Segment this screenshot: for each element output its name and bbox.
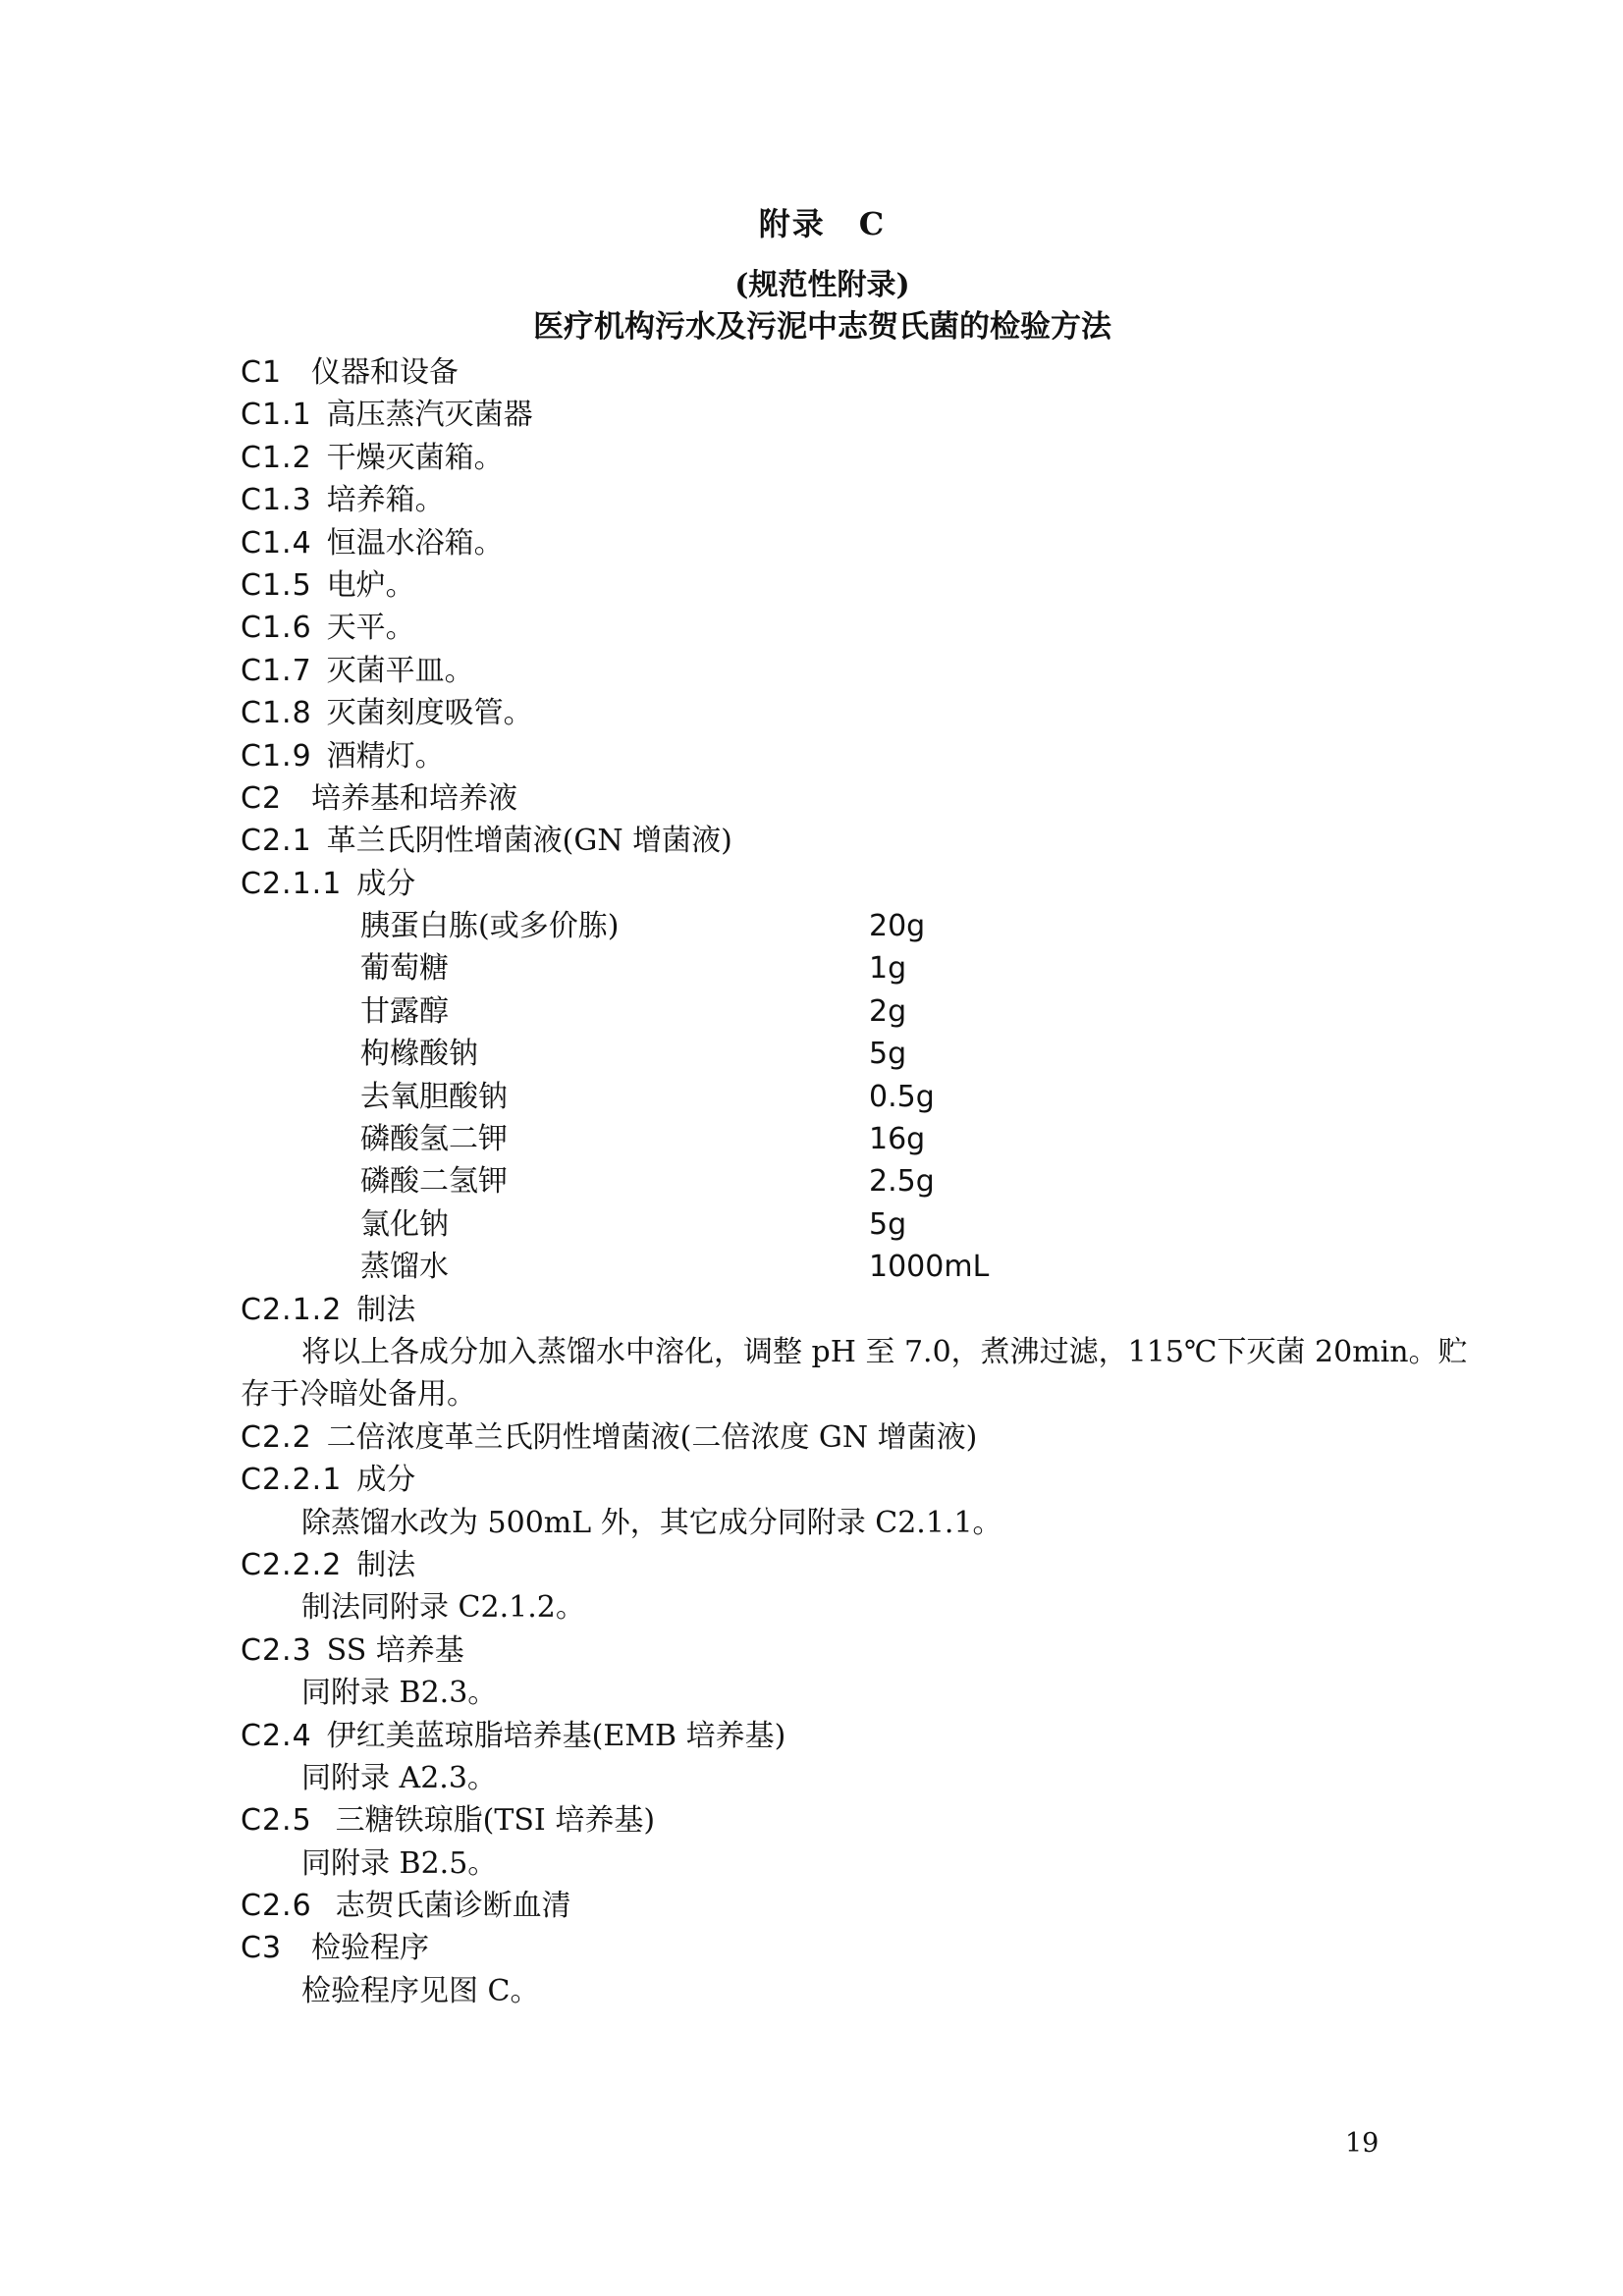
doc-line: C1.3培养箱。 <box>241 479 1404 521</box>
section-text: 灭菌刻度吸管。 <box>327 696 533 730</box>
section-text: 干燥灭菌箱。 <box>327 441 504 475</box>
title-block: 附录 C (规范性附录) 医疗机构污水及污泥中志贺氏菌的检验方法 <box>241 203 1404 351</box>
ingredient-row: 葡萄糖1g <box>241 947 1404 989</box>
ingredient-row: 蒸馏水1000mL <box>241 1246 1404 1288</box>
paragraph-text: 除蒸馏水改为 500mL 外，其它成分同附录 C2.1.1。 <box>301 1506 1002 1540</box>
section-text: 电炉。 <box>327 568 415 603</box>
section-label: C2.6 <box>241 1889 312 1923</box>
section-text: 恒温水浴箱。 <box>327 526 504 561</box>
document-page: 附录 C (规范性附录) 医疗机构污水及污泥中志贺氏菌的检验方法 C1仪器和设备… <box>0 0 1623 2296</box>
doc-line: 同附录 B2.5。 <box>241 1842 1404 1885</box>
section-text: 天平。 <box>327 611 415 645</box>
section-label: C1.8 <box>241 696 312 730</box>
doc-line: C3检验程序 <box>241 1927 1404 1969</box>
section-text: SS 培养基 <box>327 1633 464 1668</box>
ingredient-row: 甘露醇2g <box>241 990 1404 1033</box>
ingredient-name: 磷酸二氢钾 <box>360 1164 508 1199</box>
ingredient-amount: 2g <box>869 990 906 1033</box>
ingredient-amount: 0.5g <box>869 1076 935 1118</box>
section-label: C3 <box>241 1931 282 1965</box>
doc-line: C1.8灭菌刻度吸管。 <box>241 692 1404 734</box>
section-label: C2.3 <box>241 1633 312 1668</box>
doc-line: C2.3SS 培养基 <box>241 1629 1404 1672</box>
ingredient-name: 氯化钠 <box>360 1207 449 1242</box>
doc-line: C1仪器和设备 <box>241 351 1404 394</box>
doc-line: 同附录 B2.3。 <box>241 1672 1404 1714</box>
paragraph-text: 同附录 B2.5。 <box>301 1846 497 1881</box>
appendix-heading: 医疗机构污水及污泥中志贺氏菌的检验方法 <box>241 303 1404 351</box>
section-text: 二倍浓度革兰氏阴性增菌液(二倍浓度 GN 增菌液) <box>327 1420 978 1455</box>
section-text: 革兰氏阴性增菌液(GN 增菌液) <box>327 824 732 858</box>
section-label: C1.6 <box>241 611 312 645</box>
appendix-title: 附录 C <box>241 203 1404 245</box>
ingredient-amount: 2.5g <box>869 1160 935 1202</box>
ingredient-amount: 5g <box>869 1203 906 1246</box>
paragraph-text: 存于冷暗处备用。 <box>241 1377 476 1412</box>
section-text: 伊红美蓝琼脂培养基(EMB 培养基) <box>327 1719 786 1753</box>
paragraph-text: 检验程序见图 C。 <box>301 1974 540 2008</box>
ingredient-row: 氯化钠5g <box>241 1203 1404 1246</box>
ingredient-name: 蒸馏水 <box>360 1250 449 1284</box>
section-text: 培养基和培养液 <box>311 781 517 816</box>
section-label: C2 <box>241 781 282 816</box>
ingredient-row: 磷酸二氢钾2.5g <box>241 1160 1404 1202</box>
section-label: C2.1.2 <box>241 1293 342 1327</box>
paragraph-text: 将以上各成分加入蒸馏水中溶化，调整 pH 至 7.0，煮沸过滤，115℃下灭菌 … <box>301 1335 1468 1369</box>
doc-line: C1.6天平。 <box>241 607 1404 649</box>
paragraph-text: 同附录 B2.3。 <box>301 1676 497 1710</box>
section-text: 仪器和设备 <box>311 355 459 390</box>
doc-line: C1.7灭菌平皿。 <box>241 650 1404 692</box>
doc-line: C2.2二倍浓度革兰氏阴性增菌液(二倍浓度 GN 增菌液) <box>241 1416 1404 1459</box>
section-label: C1.9 <box>241 739 312 774</box>
section-label: C2.4 <box>241 1719 312 1753</box>
doc-line: C2.5三糖铁琼脂(TSI 培养基) <box>241 1799 1404 1842</box>
section-text: 三糖铁琼脂(TSI 培养基) <box>336 1803 655 1838</box>
section-label: C2.2.1 <box>241 1463 342 1497</box>
section-label: C1.3 <box>241 483 312 517</box>
section-text: 检验程序 <box>311 1931 429 1965</box>
ingredient-amount: 1g <box>869 947 906 989</box>
document-body: C1仪器和设备C1.1高压蒸汽灭菌器C1.2干燥灭菌箱。C1.3培养箱。C1.4… <box>241 351 1404 2012</box>
section-text: 酒精灯。 <box>327 739 445 774</box>
section-label: C2.2.2 <box>241 1548 342 1582</box>
ingredient-name: 枸橼酸钠 <box>360 1037 478 1071</box>
section-label: C1.7 <box>241 654 312 688</box>
ingredient-name: 去氧胆酸钠 <box>360 1080 508 1114</box>
section-text: 成分 <box>356 867 415 901</box>
section-text: 成分 <box>356 1463 415 1497</box>
ingredient-amount: 20g <box>869 905 925 947</box>
doc-line: C2.4伊红美蓝琼脂培养基(EMB 培养基) <box>241 1715 1404 1757</box>
section-label: C2.2 <box>241 1420 312 1455</box>
ingredient-row: 去氧胆酸钠0.5g <box>241 1076 1404 1118</box>
doc-line: C1.4恒温水浴箱。 <box>241 522 1404 564</box>
paragraph-text: 制法同附录 C2.1.2。 <box>301 1590 585 1625</box>
doc-line: C1.5电炉。 <box>241 564 1404 607</box>
doc-line: C1.2干燥灭菌箱。 <box>241 437 1404 479</box>
doc-line: C2.1革兰氏阴性增菌液(GN 增菌液) <box>241 820 1404 862</box>
ingredient-name: 胰蛋白胨(或多价胨) <box>360 909 619 943</box>
doc-line: 检验程序见图 C。 <box>241 1970 1404 2012</box>
section-label: C1.1 <box>241 398 312 432</box>
section-text: 志贺氏菌诊断血清 <box>336 1889 571 1923</box>
doc-line: C2.1.1成分 <box>241 863 1404 905</box>
ingredient-name: 葡萄糖 <box>360 951 449 986</box>
section-label: C1.2 <box>241 441 312 475</box>
section-label: C2.1.1 <box>241 867 342 901</box>
section-text: 制法 <box>356 1293 415 1327</box>
section-label: C1.4 <box>241 526 312 561</box>
appendix-subtitle: (规范性附录) <box>241 267 1404 303</box>
ingredient-amount: 5g <box>869 1033 906 1075</box>
doc-line: 除蒸馏水改为 500mL 外，其它成分同附录 C2.1.1。 <box>241 1502 1404 1544</box>
section-label: C2.5 <box>241 1803 312 1838</box>
doc-line: C1.1高压蒸汽灭菌器 <box>241 394 1404 436</box>
ingredient-amount: 1000mL <box>869 1246 989 1288</box>
section-text: 培养箱。 <box>327 483 445 517</box>
ingredient-row: 磷酸氢二钾16g <box>241 1118 1404 1160</box>
section-label: C2.1 <box>241 824 312 858</box>
paragraph-text: 同附录 A2.3。 <box>301 1761 497 1795</box>
doc-line: 同附录 A2.3。 <box>241 1757 1404 1799</box>
section-label: C1.5 <box>241 568 312 603</box>
section-text: 高压蒸汽灭菌器 <box>327 398 533 432</box>
doc-line: C2.6志贺氏菌诊断血清 <box>241 1885 1404 1927</box>
ingredient-row: 枸橼酸钠5g <box>241 1033 1404 1075</box>
doc-line: C2培养基和培养液 <box>241 777 1404 820</box>
section-label: C1 <box>241 355 282 390</box>
ingredient-row: 胰蛋白胨(或多价胨)20g <box>241 905 1404 947</box>
document-content: 附录 C (规范性附录) 医疗机构污水及污泥中志贺氏菌的检验方法 C1仪器和设备… <box>241 203 1404 2012</box>
page-number: 19 <box>1345 2128 1379 2160</box>
doc-line: C2.1.2制法 <box>241 1289 1404 1331</box>
section-text: 制法 <box>356 1548 415 1582</box>
ingredient-amount: 16g <box>869 1118 925 1160</box>
section-text: 灭菌平皿。 <box>327 654 474 688</box>
ingredient-name: 甘露醇 <box>360 994 449 1029</box>
doc-line: 将以上各成分加入蒸馏水中溶化，调整 pH 至 7.0，煮沸过滤，115℃下灭菌 … <box>241 1331 1404 1373</box>
doc-line: 制法同附录 C2.1.2。 <box>241 1586 1404 1629</box>
doc-line: C2.2.1成分 <box>241 1459 1404 1501</box>
doc-line: 存于冷暗处备用。 <box>241 1373 1404 1415</box>
ingredient-name: 磷酸氢二钾 <box>360 1122 508 1156</box>
doc-line: C2.2.2制法 <box>241 1544 1404 1586</box>
doc-line: C1.9酒精灯。 <box>241 735 1404 777</box>
